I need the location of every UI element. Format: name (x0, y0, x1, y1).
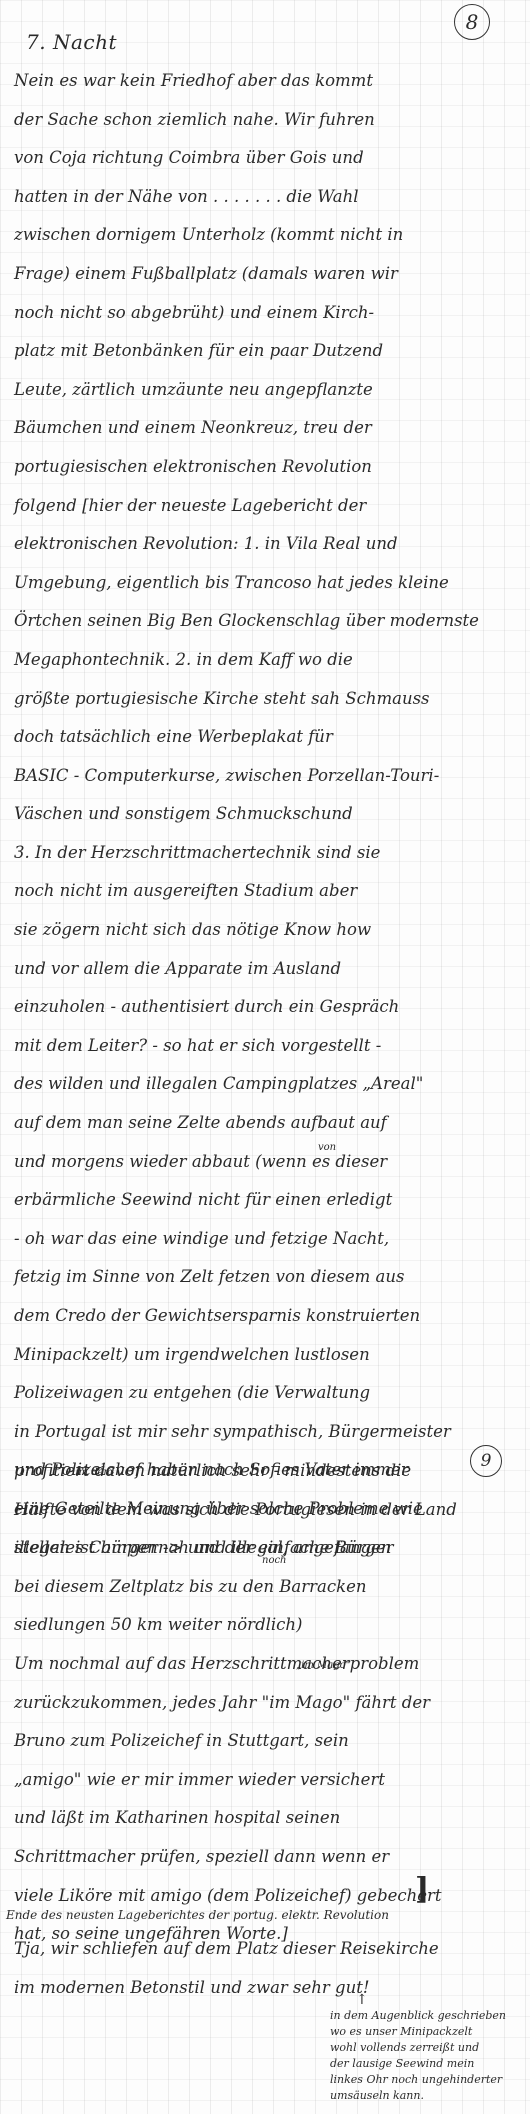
text-line: Leute, zärtlich umzäunte neu angepflanzt… (14, 371, 512, 410)
text-line: auf dem man seine Zelte abends aufbaut a… (14, 1104, 512, 1143)
text-line: Bruno zum Polizeichef in Stuttgart, sein (14, 1722, 512, 1761)
text-line: Nein es war kein Friedhof aber das kommt (14, 62, 512, 101)
text-line: im modernen Betonstil und zwar sehr gut! (14, 1969, 512, 2008)
text-line: zwischen dornigem Unterholz (kommt nicht… (14, 216, 512, 255)
insertion-noch: noch (262, 1555, 287, 1566)
text-line: Frage) einem Fußballplatz (damals waren … (14, 255, 512, 294)
text-line: Tja, wir schliefen auf dem Platz dieser … (14, 1930, 512, 1969)
report-end-note: Ende des neusten Lageberichtes der portu… (6, 1908, 389, 1922)
text-line: erbärmliche Seewind nicht für einen erle… (14, 1181, 512, 1220)
text-line: Schrittmacher prüfen, speziell dann wenn… (14, 1838, 512, 1877)
margin-note-line: wohl vollends zerreißt und (330, 2040, 520, 2056)
margin-note-line: in dem Augenblick geschrieben (330, 2008, 520, 2024)
text-line: Megaphontechnik. 2. in dem Kaff wo die (14, 641, 512, 680)
text-line: Polizeiwagen zu entgehen (die Verwaltung (14, 1374, 512, 1413)
text-line: noch nicht im ausgereiften Stadium aber (14, 872, 512, 911)
insertion-um-dem: um dem (72, 1467, 113, 1478)
text-line: dem Credo der Gewichtsersparnis konstrui… (14, 1297, 512, 1336)
diary-text-block-3: Tja, wir schliefen auf dem Platz dieser … (14, 1930, 512, 2007)
text-line: folgend [hier der neueste Lagebericht de… (14, 487, 512, 526)
text-line: größte portugiesische Kirche steht sah S… (14, 680, 512, 719)
text-line: hatten in der Nähe von . . . . . . . die… (14, 178, 512, 217)
text-line: noch nicht so abgebrüht) und einem Kirch… (14, 294, 512, 333)
insertion-von: von (318, 1142, 336, 1153)
page-number-8: 8 (454, 4, 490, 40)
text-line: Umgebung, eigentlich bis Trancoso hat je… (14, 564, 512, 603)
text-line: BASIC - Computerkurse, zwischen Porzella… (14, 757, 512, 796)
diary-text-block-2: profitiert davon natürlich sehr - mindes… (14, 1452, 512, 1954)
text-line: Um nochmal auf das Herzschrittmacherprob… (14, 1645, 512, 1684)
text-line: und morgens wieder abbaut (wenn es diese… (14, 1143, 512, 1182)
text-line: sie zögern nicht sich das nötige Know ho… (14, 911, 512, 950)
margin-note-line: wo es unser Minipackzelt (330, 2024, 520, 2040)
text-line: - oh war das eine windige und fetzige Na… (14, 1220, 512, 1259)
text-line: zurückzukommen, jedes Jahr "im Mago" fäh… (14, 1684, 512, 1723)
text-line: siedlungen 50 km weiter nördlich) (14, 1606, 512, 1645)
text-line: einzuholen - authentisiert durch ein Ges… (14, 988, 512, 1027)
text-line: Bäumchen und einem Neonkreuz, treu der (14, 409, 512, 448)
text-line: platz mit Betonbänken für ein paar Dutze… (14, 332, 512, 371)
text-line: und läßt im Katharinen hospital seinen (14, 1799, 512, 1838)
text-line: doch tatsächlich eine Werbeplakat für (14, 718, 512, 757)
text-line: bei diesem Zeltplatz bis zu den Barracke… (14, 1568, 512, 1607)
text-line: und vor allem die Apparate im Ausland (14, 950, 512, 989)
text-line: der Sache schon ziemlich nahe. Wir fuhre… (14, 101, 512, 140)
text-line: Väschen und sonstigem Schmuckschund (14, 795, 512, 834)
text-line: fetzig im Sinne von Zelt fetzen von dies… (14, 1258, 512, 1297)
diary-text-block-1: Nein es war kein Friedhof aber das kommt… (14, 62, 512, 1567)
text-line: 3. In der Herzschrittmachertechnik sind … (14, 834, 512, 873)
text-line: mit dem Leiter? - so hat er sich vorgest… (14, 1027, 512, 1066)
text-line: von Coja richtung Coimbra über Gois und (14, 139, 512, 178)
text-line: Minipackzelt) um irgendwelchen lustlosen (14, 1336, 512, 1375)
margin-note-line: linkes Ohr noch ungehinderter (330, 2072, 520, 2088)
insertion-im-mago: „im Mago" (296, 1660, 350, 1671)
diary-heading: 7. Nacht (26, 30, 117, 54)
margin-note-line: der lausige Seewind mein (330, 2056, 520, 2072)
text-line: „amigo" wie er mir immer wieder versiche… (14, 1761, 512, 1800)
margin-note-line: umsäuseln kann. (330, 2088, 520, 2104)
insert-arrow-icon: ↑ (356, 1992, 368, 2008)
text-line: Örtchen seinen Big Ben Glockenschlag übe… (14, 602, 512, 641)
text-line: elektronischen Revolution: 1. in Vila Re… (14, 525, 512, 564)
closing-bracket: ] (415, 1872, 429, 1907)
text-line: in Portugal ist mir sehr sympathisch, Bü… (14, 1413, 512, 1452)
text-line: des wilden und illegalen Campingplatzes … (14, 1065, 512, 1104)
text-line: Hälfte von dem was sich die Portugiesen … (14, 1491, 512, 1530)
margin-note: in dem Augenblick geschriebenwo es unser… (330, 2008, 520, 2104)
text-line: portugiesischen elektronischen Revolutio… (14, 448, 512, 487)
